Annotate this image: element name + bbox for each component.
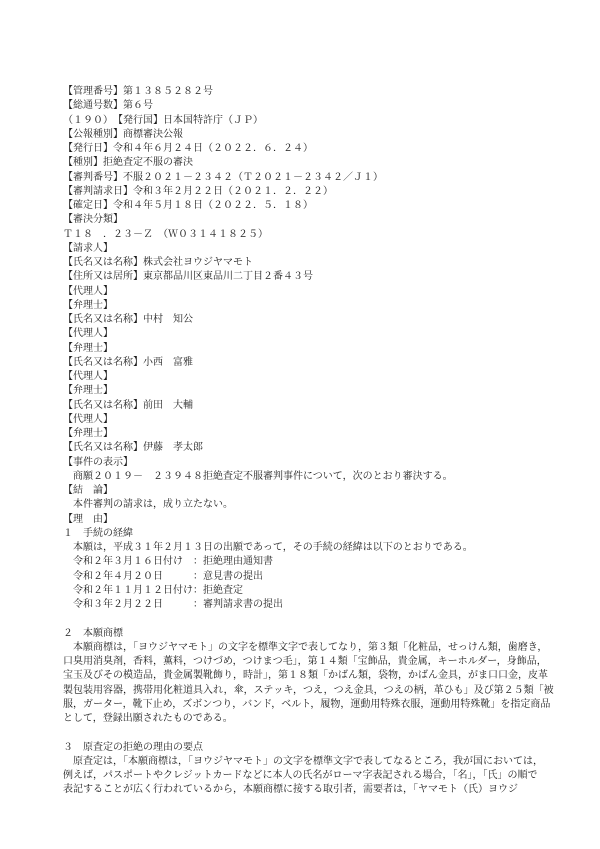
document-line: 【種別】拒絶査定不服の審決 [63,156,555,170]
document-line: 口臭用消臭剤，香料，薫料，つけづめ，つけまつ毛」，第１４類「宝飾品，貴金属，キー… [63,655,555,669]
document-line: 【管理番号】第１３８５２８２号 [63,85,555,99]
document-line: 令和３年２月２２日 ：審判請求書の提出 [63,598,555,612]
document-line: 商願２０１９－ ２３９４８拒絶査定不服審判事件について，次のとおり審決する。 [63,470,555,484]
document-line: 【確定日】令和４年５月１８日（２０２２．５．１８） [63,199,555,213]
document-line: 【弁理士】 [63,342,555,356]
document-line: 【氏名又は名称】小西 富雅 [63,356,555,370]
document-line: ２ 本願商標 [63,627,555,641]
document-line: 【代理人】 [63,327,555,341]
document-line: 【住所又は居所】東京都品川区東品川二丁目２番４３号 [63,270,555,284]
page: 【管理番号】第１３８５２８２号【総通号数】第６号（１９０） 【発行国】日本国特許… [0,0,600,849]
document-line: 【請求人】 [63,242,555,256]
document-lines: 【管理番号】第１３８５２８２号【総通号数】第６号（１９０） 【発行国】日本国特許… [63,85,555,798]
document-line: 【審判番号】不服２０２１－２３４２（Ｔ２０２１－２３４２／Ｊ１） [63,171,555,185]
document-line: 【弁理士】 [63,299,555,313]
document-line: として，登録出願されたものである。 [63,712,555,726]
document-line: ３ 原査定の拒絶の理由の要点 [63,741,555,755]
document-line: 本願商標は，「ヨウジヤマモト」の文字を標準文字で表してなり，第３類「化粧品，せっ… [63,641,555,655]
document-line: 【結 論】 [63,484,555,498]
document-line: 原査定は，「本願商標は，「ヨウジヤマモト」の文字を標準文字で表してなるところ，我… [63,755,555,769]
document-line: 【審決分類】 [63,213,555,227]
document-line: 【発行日】令和４年６月２４日（２０２２．６．２４） [63,142,555,156]
document-line: 製包装用容器，携帯用化粧道具入れ，傘，ステッキ，つえ，つえ金具，つえの柄，革ひも… [63,684,555,698]
document-line: 【審判請求日】令和３年２月２２日（２０２１．２．２２） [63,185,555,199]
document-line: Ｔ１８ ．２３－Ｚ （Ｗ０３１４１８２５） [63,228,555,242]
document-line: 令和２年３月１６日付け ：拒絶理由通知書 [63,555,555,569]
document-line: 【代理人】 [63,413,555,427]
document-line: 服，ガーター，靴下止め，ズボンつり，バンド，ベルト，履物，運動用特殊衣服，運動用… [63,698,555,712]
document-line: 【氏名又は名称】前田 大輔 [63,399,555,413]
document-line: 【総通号数】第６号 [63,99,555,113]
document-line: 【氏名又は名称】中村 知公 [63,313,555,327]
document-line: 例えば，パスポートやクレジットカードなどに本人の氏名がローマ字表記される場合，「… [63,769,555,783]
document-line: 【事件の表示】 [63,456,555,470]
document-line: 表記することが広く行われているから，本願商標に接する取引者，需要者は，「ヤマモト… [63,783,555,797]
document-line: 本願は，平成３１年２月１３日の出願であって，その手続の経緯は以下のとおりである。 [63,541,555,555]
document-line: １ 手続の経緯 [63,527,555,541]
document-line: 【公報種別】商標審決公報 [63,128,555,142]
gazette-document: 【管理番号】第１３８５２８２号【総通号数】第６号（１９０） 【発行国】日本国特許… [63,85,555,798]
document-line: 【代理人】 [63,285,555,299]
document-line: 【弁理士】 [63,384,555,398]
document-line: 【氏名又は名称】株式会社ヨウジヤマモト [63,256,555,270]
document-line [63,726,555,740]
document-line: （１９０） 【発行国】日本国特許庁（ＪＰ） [63,114,555,128]
document-line [63,612,555,626]
document-line: 【理 由】 [63,513,555,527]
document-line: 本件審判の請求は，成り立たない。 [63,498,555,512]
document-line: 【弁理士】 [63,427,555,441]
document-line: 令和２年４月２０日 ：意見書の提出 [63,570,555,584]
document-line: 令和２年１１月１２日付け：拒絶査定 [63,584,555,598]
document-line: 【代理人】 [63,370,555,384]
document-line: 【氏名又は名称】伊藤 孝太郎 [63,441,555,455]
document-line: 宝玉及びその模造品，貴金属製靴飾り，時計」，第１８類「かばん類，袋物，かばん金具… [63,669,555,683]
